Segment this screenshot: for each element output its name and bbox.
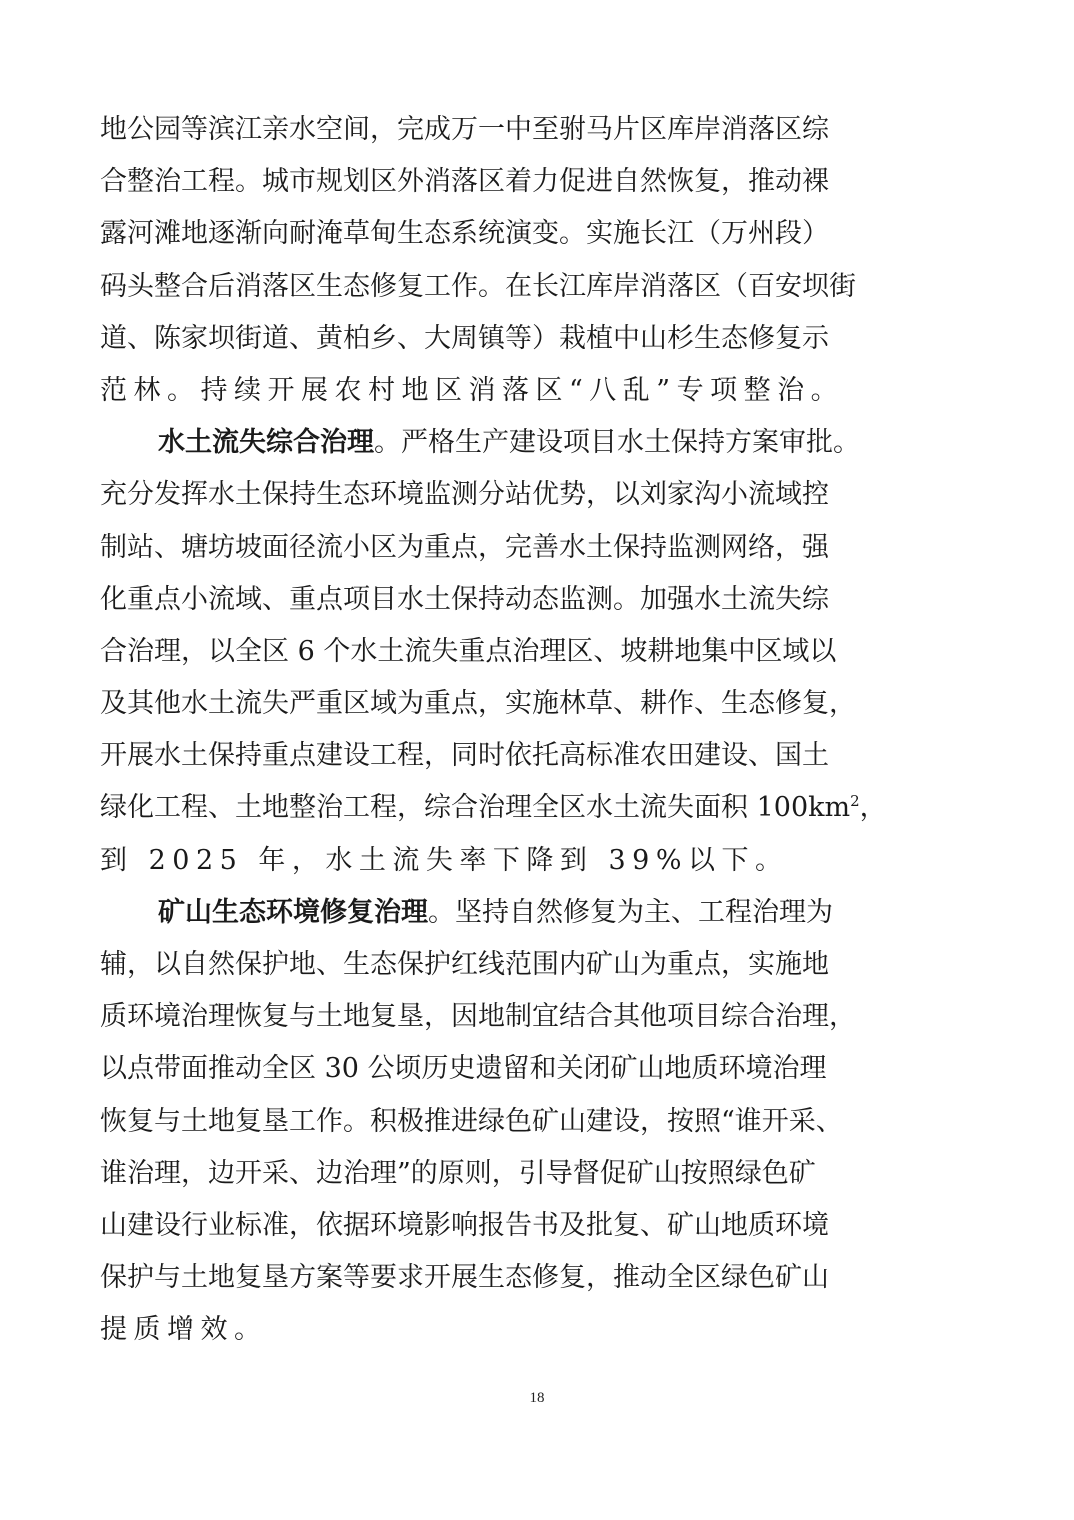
- text-line: 以点带面推动全区 30 公顷历史遗留和关闭矿山地质环境治理: [100, 1043, 920, 1095]
- text-line: 露河滩地逐渐向耐淹草甸生态系统演变。实施长江（万州段）: [100, 208, 920, 260]
- text-line: 辅，以自然保护地、生态保护红线范围内矿山为重点，实施地: [100, 939, 920, 991]
- text-line: 保护与土地复垦方案等要求开展生态修复，推动全区绿色矿山: [100, 1252, 920, 1304]
- text-line: 及其他水土流失严重区域为重点，实施林草、耕作、生态修复，: [100, 678, 920, 730]
- text-line-first: 矿山生态环境修复治理。坚持自然修复为主、工程治理为: [100, 887, 920, 939]
- text-run: 。坚持自然修复为主、工程治理为: [428, 897, 833, 928]
- text-line: 谁治理，边开采、边治理”的原则，引导督促矿山按照绿色矿: [100, 1148, 920, 1200]
- page-number: 18: [0, 1390, 1074, 1407]
- text-line: 道、陈家坝街道、黄柏乡、大周镇等）栽植中山杉生态修复示: [100, 313, 920, 365]
- text-line: 化重点小流域、重点项目水土保持动态监测。加强水土流失综: [100, 574, 920, 626]
- text-line: 码头整合后消落区生态修复工作。在长江库岸消落区（百安坝街: [100, 261, 920, 313]
- text-run: ，: [860, 792, 887, 823]
- text-line: 合整治工程。城市规划区外消落区着力促进自然恢复，推动裸: [100, 156, 920, 208]
- document-page: 地公园等滨江亲水空间，完成万一中至驸马片区库岸消落区综 合整治工程。城市规划区外…: [0, 0, 1074, 1520]
- text-line: 合治理，以全区 6 个水土流失重点治理区、坡耕地集中区域以: [100, 626, 920, 678]
- section-heading-soil-erosion: 水土流失综合治理: [158, 427, 374, 458]
- text-run: 。严格生产建设项目水土保持方案审批。: [374, 427, 860, 458]
- body-text: 地公园等滨江亲水空间，完成万一中至驸马片区库岸消落区综 合整治工程。城市规划区外…: [100, 104, 920, 1357]
- text-line: 制站、塘坊坡面径流小区为重点，完善水土保持监测网络，强: [100, 522, 920, 574]
- section-heading-mine-restoration: 矿山生态环境修复治理: [158, 897, 428, 928]
- text-line: 开展水土保持重点建设工程，同时依托高标准农田建设、国土: [100, 730, 920, 782]
- text-line: 地公园等滨江亲水空间，完成万一中至驸马片区库岸消落区综: [100, 104, 920, 156]
- text-line-first: 水土流失综合治理。严格生产建设项目水土保持方案审批。: [100, 417, 920, 469]
- superscript: 2: [850, 792, 860, 810]
- text-line: 山建设行业标准，依据环境影响报告书及批复、矿山地质环境: [100, 1200, 920, 1252]
- text-line: 质环境治理恢复与土地复垦，因地制宜结合其他项目综合治理，: [100, 991, 920, 1043]
- paragraph-soil-erosion: 水土流失综合治理。严格生产建设项目水土保持方案审批。 充分发挥水土保持生态环境监…: [100, 417, 920, 887]
- text-line: 范林。持续开展农村地区消落区“八乱”专项整治。: [100, 365, 920, 417]
- paragraph-shoreline-restoration: 地公园等滨江亲水空间，完成万一中至驸马片区库岸消落区综 合整治工程。城市规划区外…: [100, 104, 920, 417]
- text-line: 到 2025 年，水土流失率下降到 39%以下。: [100, 835, 920, 887]
- text-line-area: 绿化工程、土地整治工程，综合治理全区水土流失面积 100km2，: [100, 782, 920, 834]
- text-line: 恢复与土地复垦工作。积极推进绿色矿山建设，按照“谁开采、: [100, 1096, 920, 1148]
- text-line: 充分发挥水土保持生态环境监测分站优势，以刘家沟小流域控: [100, 469, 920, 521]
- paragraph-mine-restoration: 矿山生态环境修复治理。坚持自然修复为主、工程治理为 辅，以自然保护地、生态保护红…: [100, 887, 920, 1357]
- text-run: 绿化工程、土地整治工程，综合治理全区水土流失面积 100km: [100, 792, 850, 823]
- text-line: 提质增效。: [100, 1304, 920, 1356]
